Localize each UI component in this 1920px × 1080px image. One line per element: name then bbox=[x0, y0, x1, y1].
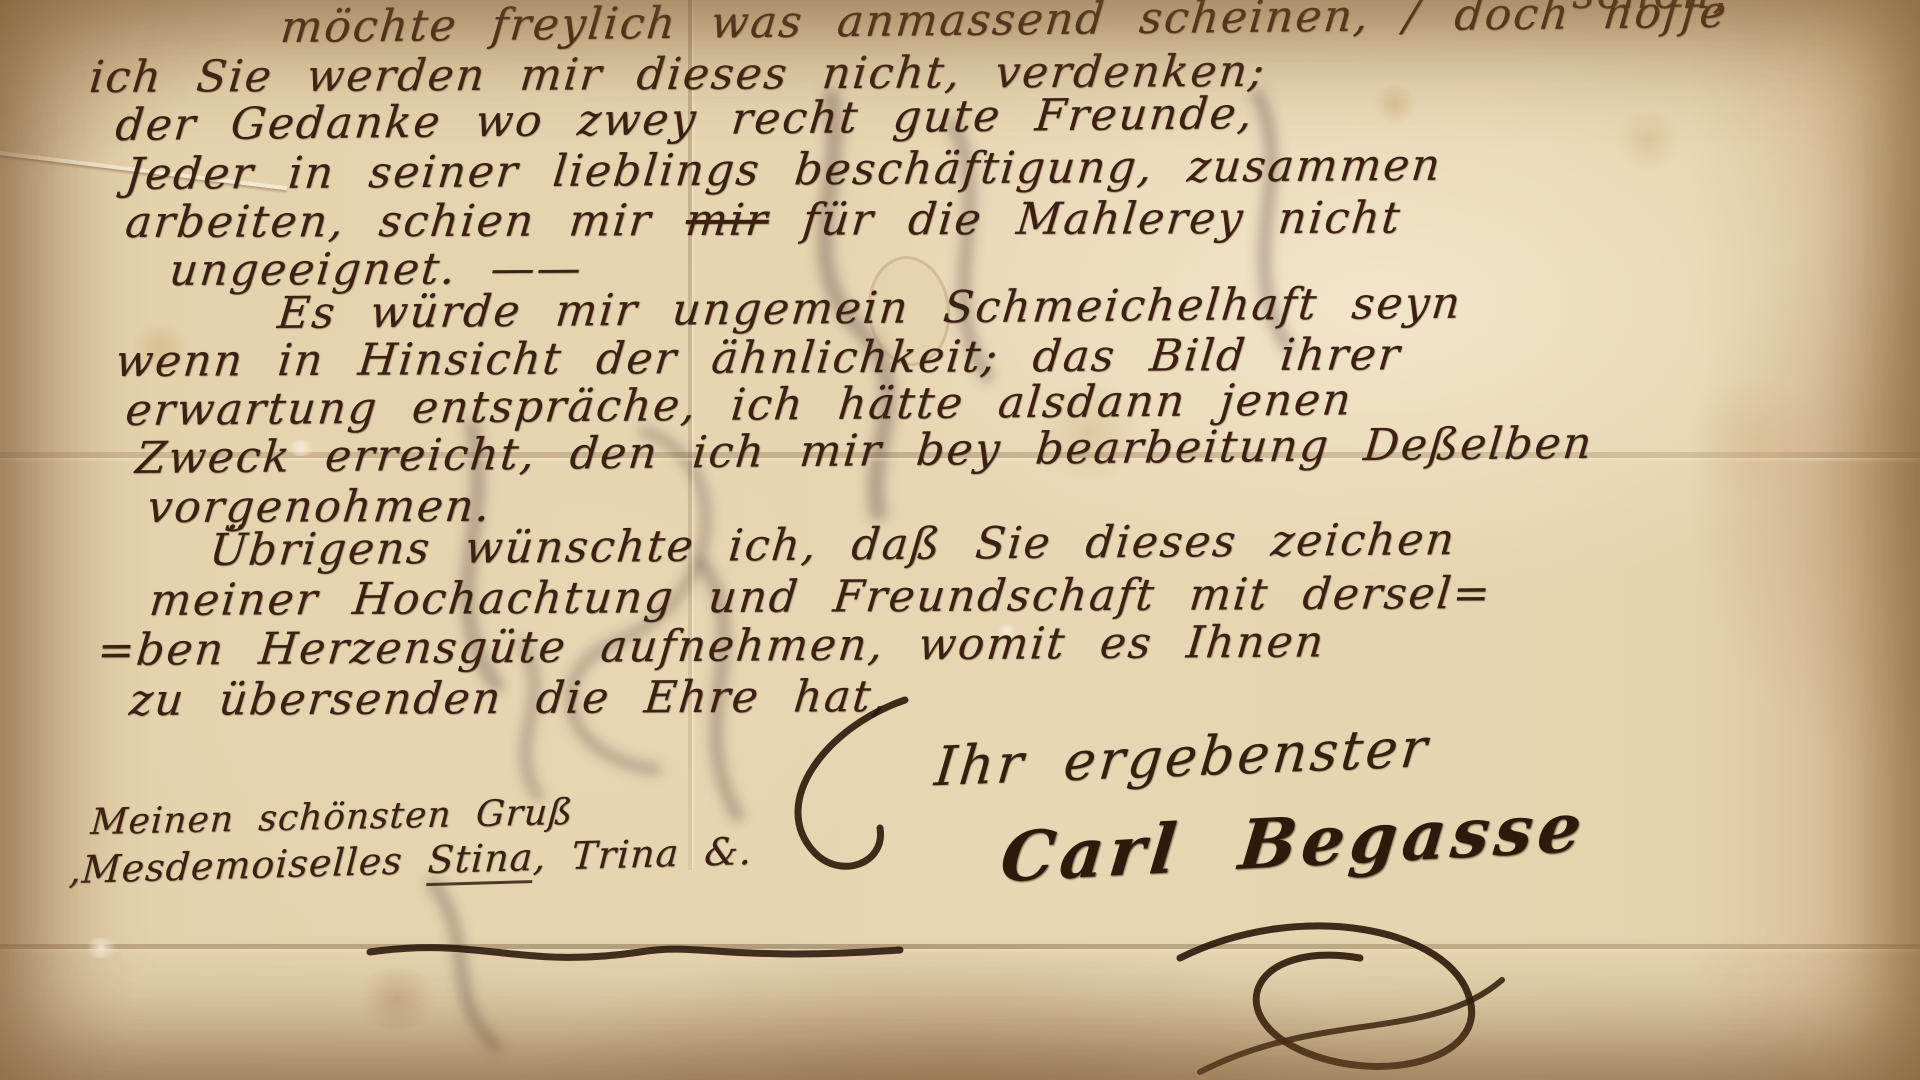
closing-salutation: Ihr ergebenster bbox=[932, 719, 1432, 797]
signature-flourish bbox=[1200, 980, 1502, 1072]
line-text: arbeiten, schien mir bbox=[123, 195, 689, 248]
paper-stain bbox=[1612, 110, 1684, 170]
postscript-text: ‚Mesdemoiselles bbox=[67, 838, 429, 892]
underlined-name: Stina bbox=[426, 835, 534, 886]
bottom-fold-crease bbox=[0, 944, 1920, 949]
letter-line: Übrigens wünschte ich, daß Sie dieses ze… bbox=[207, 516, 1458, 574]
postscript-text: , Trina &. bbox=[532, 829, 753, 879]
closing-flourish bbox=[798, 700, 905, 866]
letter-line: =ben Herzensgüte aufnehmen, womit es Ihn… bbox=[95, 618, 1327, 674]
letter-line: zu übersenden die Ehre hat, bbox=[127, 673, 890, 725]
paper-stain bbox=[352, 968, 442, 1030]
letter-line: Es würde mir ungemein Schmeichelhaft sey… bbox=[275, 280, 1464, 338]
letter-line: der Gedanke wo zwey recht gute Freunde, bbox=[114, 90, 1257, 149]
letter-line-with-correction: arbeiten, schien mir mir für die Mahlere… bbox=[123, 195, 1404, 247]
struck-out-word: mir bbox=[683, 195, 771, 246]
letter-line: Jeder in seiner lieblings beschäftigung,… bbox=[123, 142, 1444, 199]
crease-ink-mark bbox=[370, 948, 900, 958]
line-text: für die Mahlerey nicht bbox=[766, 193, 1404, 246]
letter-page: schon, möchte freylich was anmassend sch… bbox=[0, 0, 1920, 1080]
letter-line: möchte freylich was anmassend scheinen, … bbox=[279, 0, 1731, 52]
signature: Carl Begasse bbox=[997, 791, 1590, 896]
paper-stain bbox=[1372, 84, 1418, 124]
paper-stain bbox=[1680, 380, 1830, 500]
